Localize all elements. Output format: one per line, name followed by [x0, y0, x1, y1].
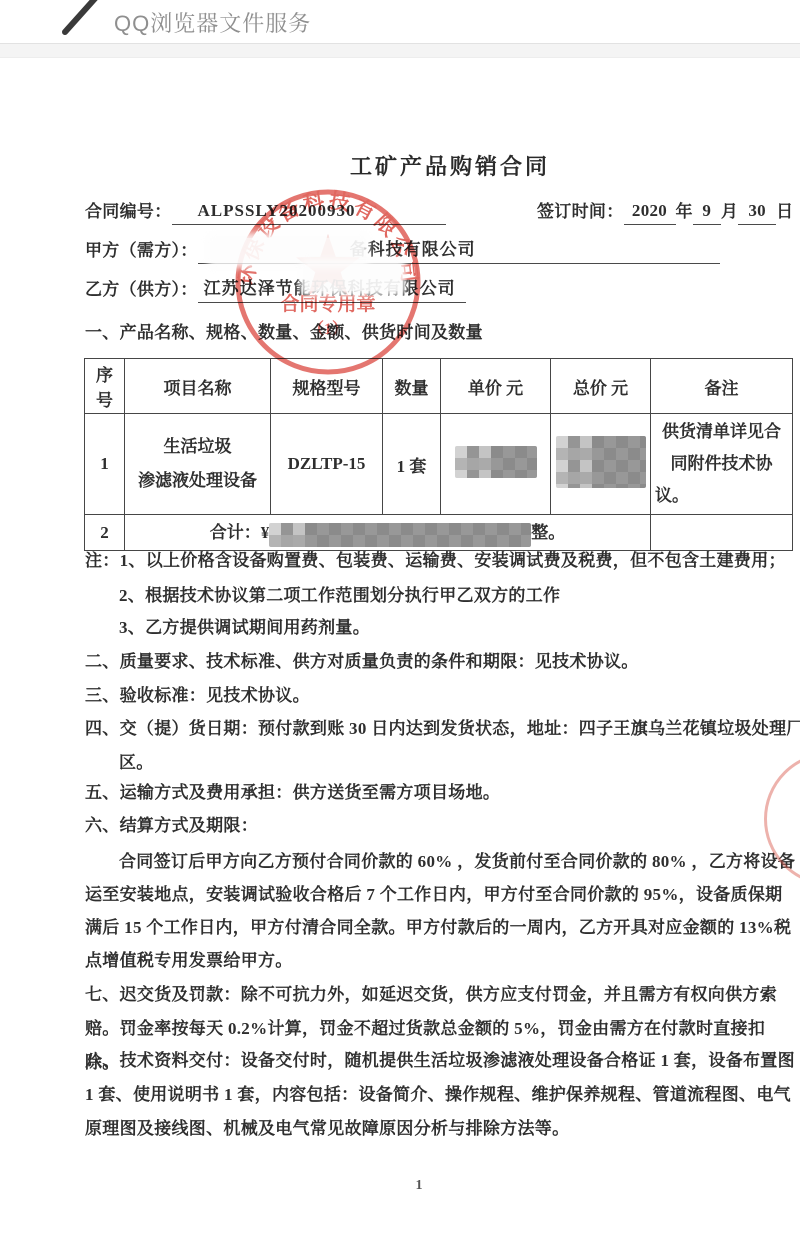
row1-unit-price: [441, 414, 551, 515]
section-8: 八、技术资料交付：设备交付时，随机提供生活垃圾渗滤液处理设备合格证 1 套，设备…: [85, 1044, 797, 1146]
col-remark: 备注: [651, 359, 793, 414]
seal-censor-smear: [305, 264, 401, 291]
section-3: 三、验收标准：见技术协议。: [85, 683, 310, 709]
row1-seq: 1: [85, 414, 125, 515]
app-header: QQ浏览器文件服务: [0, 0, 800, 44]
sign-year: 2020: [624, 198, 676, 225]
section-6-body: 合同签订后甲方向乙方预付合同价款的 60% ，发货前付至合同价款的 80% ，乙…: [85, 845, 797, 977]
row2-seq: 2: [85, 515, 125, 551]
section-2: 二、质量要求、技术标准、供方对质量负责的条件和期限：见技术协议。: [85, 649, 639, 675]
party-a-censor-smear: [212, 238, 364, 263]
seal-center-line2: （1）: [308, 320, 348, 338]
table-header-row: 序号 项目名称 规格型号 数量 单价 元 总价 元 备注: [85, 359, 793, 414]
qq-browser-file-service-page: QQ浏览器文件服务 工矿产品购销合同 合同编号：ALPSSLY20200930 …: [0, 0, 800, 1236]
note-line-3: 3、乙方提供调试期间用药剂量。: [119, 615, 370, 641]
contract-number-label: 合同编号：: [85, 202, 172, 221]
sign-date-label: 签订时间：: [537, 202, 624, 221]
row2-remark-empty: [651, 515, 793, 551]
row1-model: DZLTP-15: [271, 414, 383, 515]
unit-price-censored: [455, 446, 537, 478]
back-button[interactable]: [55, 0, 107, 40]
total-amount-censored: [269, 523, 531, 547]
header-divider-band: [0, 44, 800, 58]
total-prefix: 合计：¥: [210, 523, 270, 542]
note-line-2: 2、根据技术协议第二项工作范围划分执行甲乙双方的工作: [119, 583, 560, 609]
day-unit: 日: [776, 202, 793, 221]
row1-item-name: 生活垃圾 渗滤液处理设备: [125, 414, 271, 515]
party-a-label: 甲方（需方）：: [85, 241, 198, 260]
row1-total-price: [551, 414, 651, 515]
total-suffix: 整。: [531, 523, 565, 542]
section-5: 五、运输方式及费用承担：供方送货至需方项目场地。: [85, 780, 500, 806]
contract-title: 工矿产品购销合同: [90, 150, 800, 181]
row1-item-name-line1: 生活垃圾: [129, 430, 266, 464]
row1-item-name-line2: 渗滤液处理设备: [129, 464, 266, 498]
col-unit-price: 单价 元: [441, 359, 551, 414]
party-b-label: 乙方（供方）：: [85, 280, 198, 299]
row1-qty: 1 套: [383, 414, 441, 515]
table-row-total: 2 合计：¥整。: [85, 515, 793, 551]
seal-center-line1: 合同专用章: [280, 292, 375, 315]
note-line-1: 注：1、以上价格含设备购置费、包装费、运输费、安装调试费及税费，但不包含土建费用…: [85, 548, 786, 574]
app-title: QQ浏览器文件服务: [114, 7, 311, 38]
goods-table: 序号 项目名称 规格型号 数量 单价 元 总价 元 备注 1 生活垃圾 渗滤液处…: [84, 358, 793, 551]
page-number: 1: [404, 1178, 434, 1194]
row1-remark: 供货清单详见合同附件技术协议。: [651, 414, 793, 515]
section-6-heading: 六、结算方式及期限：: [85, 813, 258, 839]
sign-date-line: 签订时间：2020年9月30日: [537, 198, 793, 225]
row2-total: 合计：¥整。: [125, 515, 651, 551]
sign-month: 9: [693, 198, 721, 225]
back-arrow-icon: [55, 0, 107, 40]
sign-day: 30: [738, 198, 776, 225]
table-row-item-1: 1 生活垃圾 渗滤液处理设备 DZLTP-15 1 套 供货清单详见合同附件技术…: [85, 414, 793, 515]
col-total-price: 总价 元: [551, 359, 651, 414]
month-unit: 月: [721, 202, 738, 221]
total-price-censored: [556, 436, 646, 488]
section-4: 四、交（提）货日期：预付款到账 30 日内达到发货状态，地址：四子王旗乌兰花镇垃…: [85, 712, 800, 780]
col-seq: 序号: [85, 359, 125, 414]
year-unit: 年: [676, 202, 693, 221]
